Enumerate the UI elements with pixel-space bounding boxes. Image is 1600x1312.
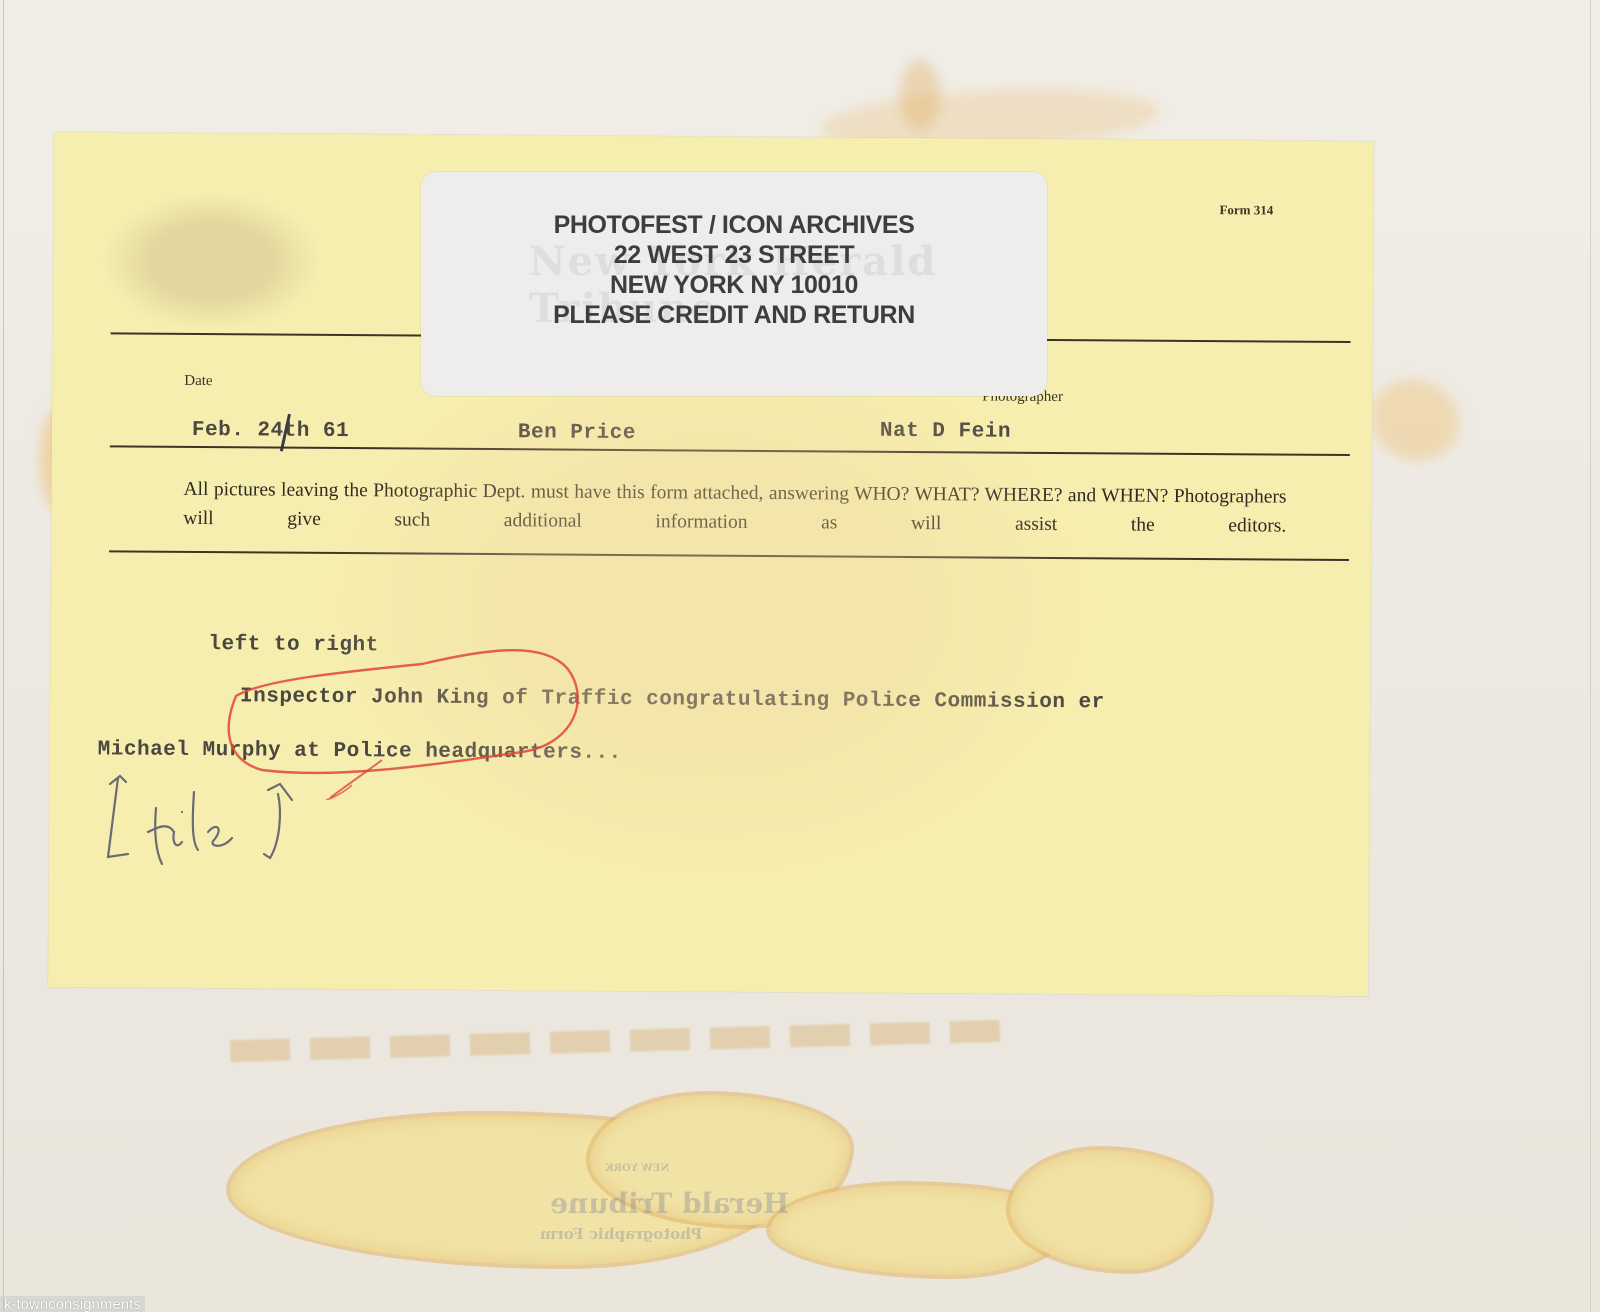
seller-watermark: k-townconsignments xyxy=(0,1296,145,1312)
rule-fields xyxy=(110,445,1350,456)
ghost-masthead: Herald Tribune xyxy=(550,1187,789,1220)
photographer-value: Nat D Fein xyxy=(880,420,1011,444)
rule-instructions xyxy=(109,550,1349,561)
caption-line-3: Michael Murphy at Police headquarters... xyxy=(98,738,622,765)
archive-label-sticker: New York Herald Tribune PHOTOFEST / ICON… xyxy=(421,172,1047,396)
ghost-city: NEW YORK xyxy=(605,1163,669,1174)
form-instructions: All pictures leaving the Photographic De… xyxy=(183,475,1286,541)
backing-right-edge xyxy=(1590,0,1591,1312)
caption-line-1: left to right xyxy=(208,633,378,657)
form-number: Form 314 xyxy=(1219,202,1273,218)
archive-label-line-2: 22 WEST 23 STREET xyxy=(421,240,1047,270)
ghost-subtitle: Photographic Form xyxy=(540,1225,702,1243)
archive-label-line-1: PHOTOFEST / ICON ARCHIVES xyxy=(421,210,1047,240)
backing-left-edge xyxy=(3,0,4,1312)
caption-line-2: Inspector John King of Traffic congratul… xyxy=(240,685,1105,714)
handwritten-file-annotation xyxy=(96,772,306,872)
glue-residue-bottom: Herald Tribune Photographic Form NEW YOR… xyxy=(210,1095,1430,1285)
date-label: Date xyxy=(184,373,212,390)
archive-label-line-3: NEW YORK NY 10010 xyxy=(421,270,1047,300)
archive-label-text: PHOTOFEST / ICON ARCHIVES 22 WEST 23 STR… xyxy=(421,210,1047,330)
ordered-by-value: Ben Price xyxy=(518,421,636,445)
date-value: Feb. 24th 61 xyxy=(192,419,349,443)
glue-stain-top-drip xyxy=(900,60,940,130)
archive-label-line-4: PLEASE CREDIT AND RETURN xyxy=(421,300,1047,330)
